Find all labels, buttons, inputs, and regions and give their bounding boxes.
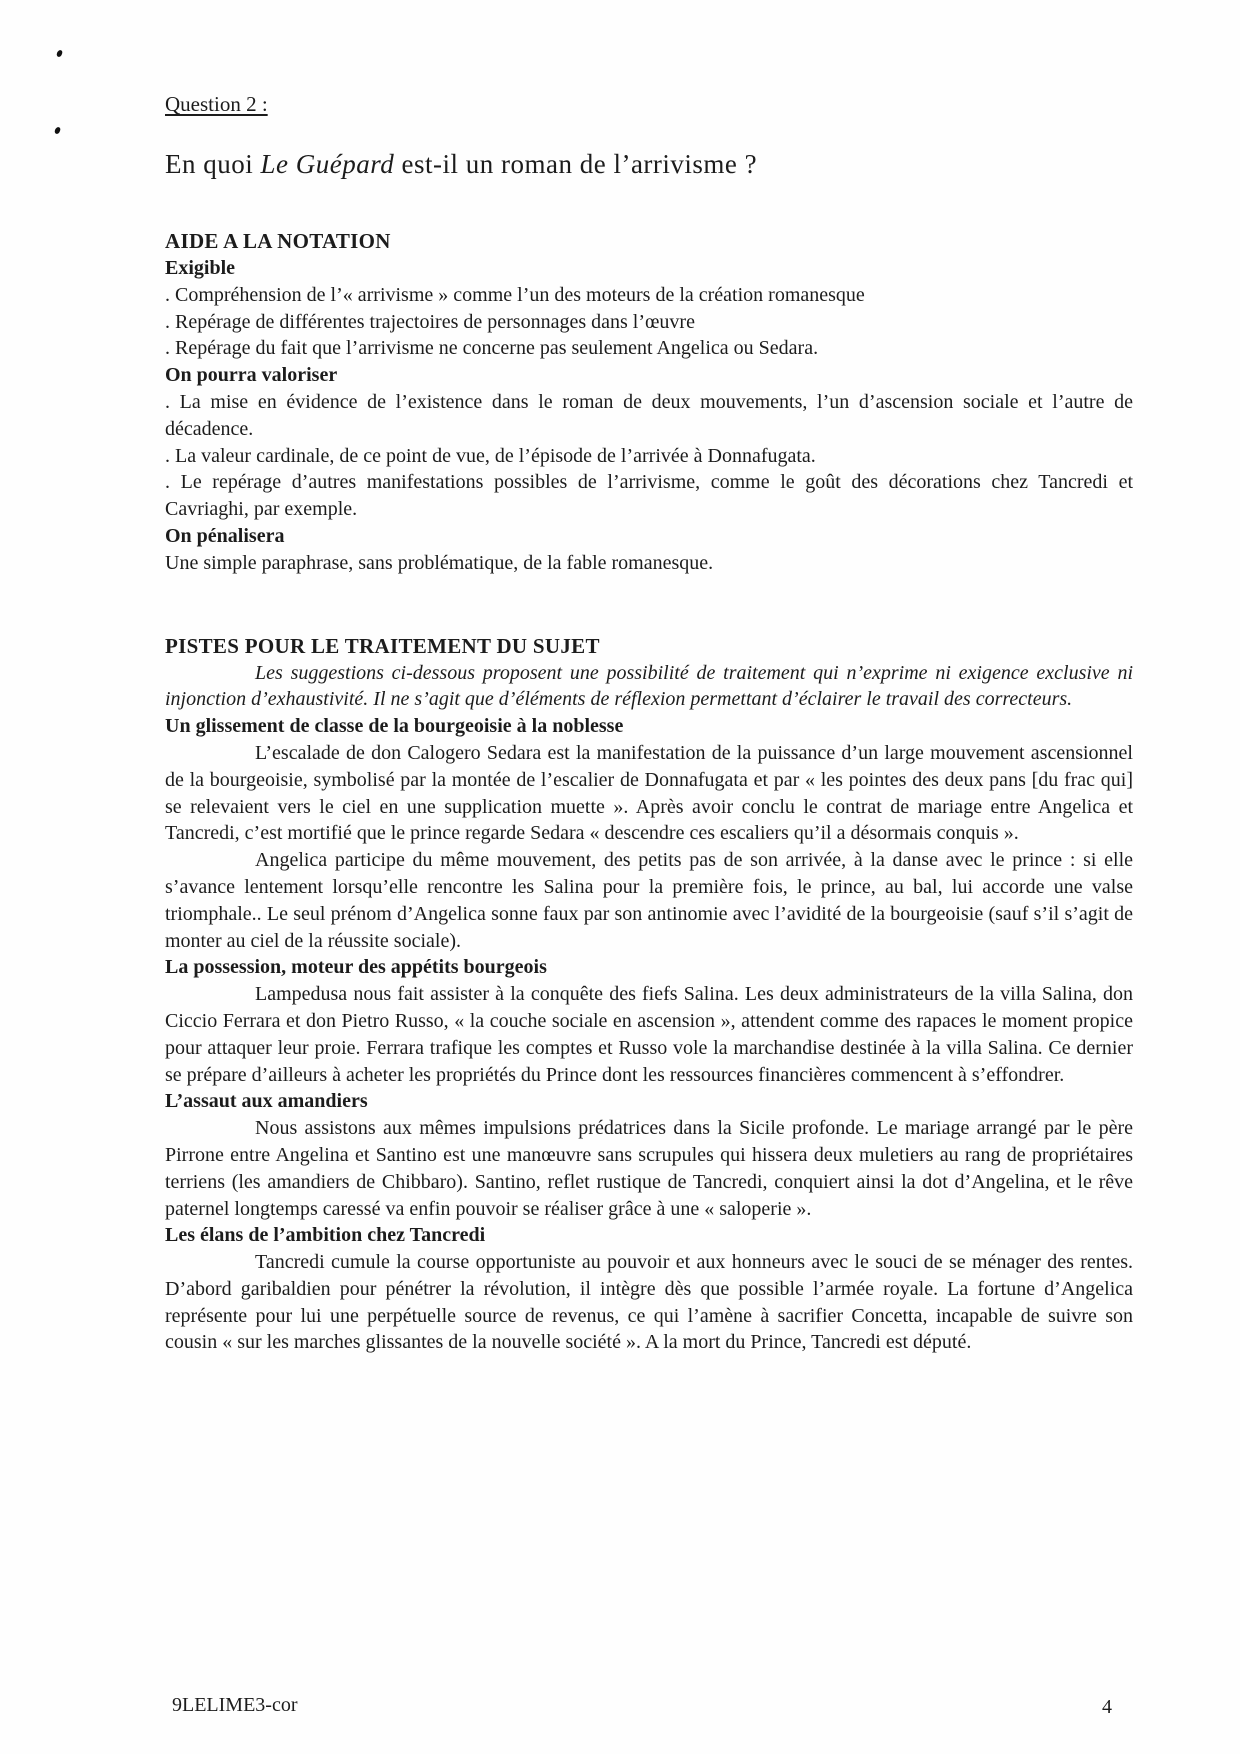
title-suffix: est-il un roman de l’arrivisme ?: [394, 149, 757, 179]
body-paragraph: Angelica participe du même mouvement, de…: [165, 847, 1133, 954]
notation-item: . Le repérage d’autres manifestations po…: [165, 469, 1133, 523]
title-work-name: Le Guépard: [261, 149, 395, 179]
pistes-heading: PISTES POUR LE TRAITEMENT DU SUJET: [165, 633, 1133, 660]
document-page: Question 2 : En quoi Le Guépard est-il u…: [0, 0, 1240, 1754]
subsection-heading-glissement: Un glissement de classe de la bourgeoisi…: [165, 713, 1133, 740]
question-label: Question 2 :: [165, 90, 1133, 118]
subsection-heading-assaut: L’assaut aux amandiers: [165, 1088, 1133, 1115]
notation-item: Une simple paraphrase, sans problématiqu…: [165, 550, 1133, 577]
notation-item: . Repérage de différentes trajectoires d…: [165, 309, 1133, 336]
notation-item: . La mise en évidence de l’existence dan…: [165, 389, 1133, 443]
notation-subheading-valoriser: On pourra valoriser: [165, 362, 1133, 389]
body-paragraph: L’escalade de don Calogero Sedara est la…: [165, 740, 1133, 847]
notation-item: . La valeur cardinale, de ce point de vu…: [165, 443, 1133, 470]
notation-item: . Compréhension de l’« arrivisme » comme…: [165, 282, 1133, 309]
page-title: En quoi Le Guépard est-il un roman de l’…: [165, 146, 1133, 182]
body-paragraph: Nous assistons aux mêmes impulsions préd…: [165, 1115, 1133, 1222]
body-paragraph: Lampedusa nous fait assister à la conquê…: [165, 981, 1133, 1088]
pistes-intro: Les suggestions ci-dessous proposent une…: [165, 660, 1133, 714]
document-content: Question 2 : En quoi Le Guépard est-il u…: [165, 90, 1133, 1356]
subsection-heading-possession: La possession, moteur des appétits bourg…: [165, 954, 1133, 981]
notation-item: . Repérage du fait que l’arrivisme ne co…: [165, 335, 1133, 362]
scan-artifact-dot: [56, 49, 63, 57]
body-paragraph: Tancredi cumule la course opportuniste a…: [165, 1249, 1133, 1356]
scan-artifact-dot: [54, 126, 61, 134]
notation-subheading-penalisera: On pénalisera: [165, 523, 1133, 550]
footer-document-code: 9LELIME3-cor: [172, 1692, 298, 1718]
subsection-heading-elans: Les élans de l’ambition chez Tancredi: [165, 1222, 1133, 1249]
notation-subheading-exigible: Exigible: [165, 255, 1133, 282]
footer-page-number: 4: [1102, 1694, 1112, 1720]
title-prefix: En quoi: [165, 149, 261, 179]
notation-heading: AIDE A LA NOTATION: [165, 228, 1133, 255]
